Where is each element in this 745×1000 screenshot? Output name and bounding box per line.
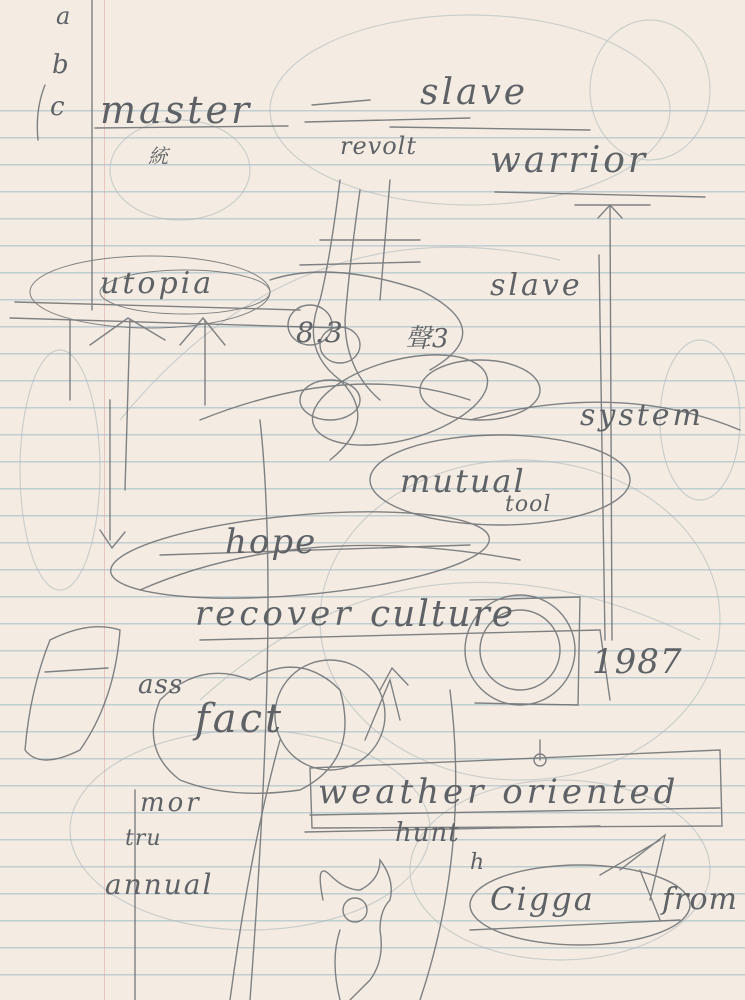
word-system: system — [580, 398, 704, 433]
numbers-scribble: 8.3 — [296, 316, 344, 349]
word-mor: mor — [140, 788, 202, 818]
word-mor-sub: tru — [125, 826, 162, 851]
word-mutual-sub: tool — [505, 492, 551, 517]
word-revolt: revolt — [340, 132, 417, 160]
word-hunt-sub: h — [470, 850, 485, 875]
word-fact: fact — [195, 696, 284, 742]
word-recover: recover — [195, 594, 354, 634]
year-1987: 1987 — [592, 642, 683, 682]
notebook-page: a b c master 統 slave revolt warrior utop… — [0, 0, 745, 1000]
list-marker-c: c — [50, 92, 66, 122]
bottom-scribble: Cigga — [490, 880, 595, 918]
word-master: master — [100, 88, 252, 132]
word-culture: culture — [370, 594, 515, 635]
kanji-scribble: 聲3 — [405, 318, 450, 355]
word-annual: annual — [105, 868, 213, 901]
word-slave-mid: slave — [490, 268, 583, 303]
word-weather-oriented: weather oriented — [318, 772, 679, 812]
word-hunt: hunt — [395, 818, 460, 848]
word-utopia: utopia — [100, 266, 214, 301]
word-from: from — [662, 882, 738, 917]
list-marker-a: a — [56, 2, 71, 30]
word-warrior: warrior — [490, 140, 648, 181]
word-slave-top: slave — [420, 72, 528, 113]
word-hope: hope — [225, 522, 317, 562]
word-master-kanji: 統 — [148, 140, 169, 169]
list-marker-b: b — [52, 50, 70, 80]
word-ass: ass — [138, 670, 183, 700]
